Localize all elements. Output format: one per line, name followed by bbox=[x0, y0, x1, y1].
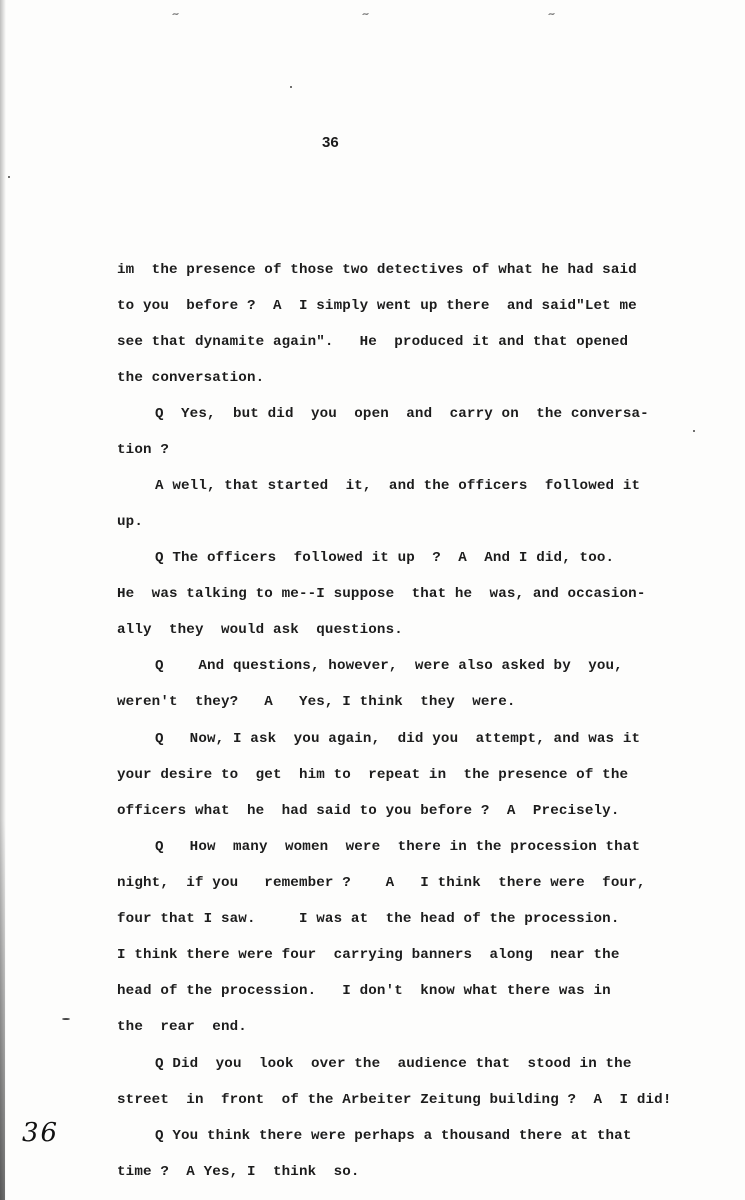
scan-speck bbox=[8, 176, 10, 178]
transcript-line: ally they would ask questions. bbox=[117, 622, 403, 638]
transcript-line: tion ? bbox=[117, 442, 169, 458]
scan-top-mark: ~ bbox=[171, 8, 180, 23]
transcript-line: the rear end. bbox=[117, 1019, 247, 1035]
page-number: 36 bbox=[322, 134, 339, 151]
transcript-line: the conversation. bbox=[117, 370, 264, 386]
transcript-line: weren't they? A Yes, I think they were. bbox=[117, 694, 516, 710]
transcript-line: im the presence of those two detectives … bbox=[117, 262, 637, 278]
transcript-line: Q You think there were perhaps a thousan… bbox=[155, 1128, 632, 1144]
transcript-line: I think there were four carrying banners… bbox=[117, 947, 620, 963]
scan-top-mark: ~ bbox=[547, 8, 556, 23]
handwritten-margin-page-number: 36 bbox=[22, 1118, 59, 1148]
transcript-line: up. bbox=[117, 514, 143, 530]
transcript-line: Q Now, I ask you again, did you attempt,… bbox=[155, 731, 640, 747]
transcript-line: Q How many women were there in the proce… bbox=[155, 839, 640, 855]
scan-top-mark: ~ bbox=[361, 8, 370, 23]
scan-speck bbox=[693, 430, 695, 432]
transcript-line: Q Did you look over the audience that st… bbox=[155, 1056, 632, 1072]
transcript-line: street in front of the Arbeiter Zeitung … bbox=[117, 1092, 672, 1108]
transcript-line: four that I saw. I was at the head of th… bbox=[117, 911, 620, 927]
transcript-line: Q Yes, but did you open and carry on the… bbox=[155, 406, 649, 422]
scan-speck bbox=[290, 86, 292, 88]
transcript-line: officers what he had said to you before … bbox=[117, 803, 620, 819]
scan-speck bbox=[62, 1018, 70, 1020]
transcript-line: Q And questions, however, were also aske… bbox=[155, 658, 623, 674]
transcript-line: head of the procession. I don't know wha… bbox=[117, 983, 611, 999]
transcript-line: time ? A Yes, I think so. bbox=[117, 1164, 360, 1180]
transcript-line: He was talking to me--I suppose that he … bbox=[117, 586, 646, 602]
transcript-line: Q The officers followed it up ? A And I … bbox=[155, 550, 614, 566]
transcript-line: A well, that started it, and the officer… bbox=[155, 478, 640, 494]
transcript-line: night, if you remember ? A I think there… bbox=[117, 875, 646, 891]
transcript-line: see that dynamite again". He produced it… bbox=[117, 334, 628, 350]
transcript-line: to you before ? A I simply went up there… bbox=[117, 298, 637, 314]
scan-left-edge-dark bbox=[0, 820, 5, 1200]
transcript-line: your desire to get him to repeat in the … bbox=[117, 767, 628, 783]
